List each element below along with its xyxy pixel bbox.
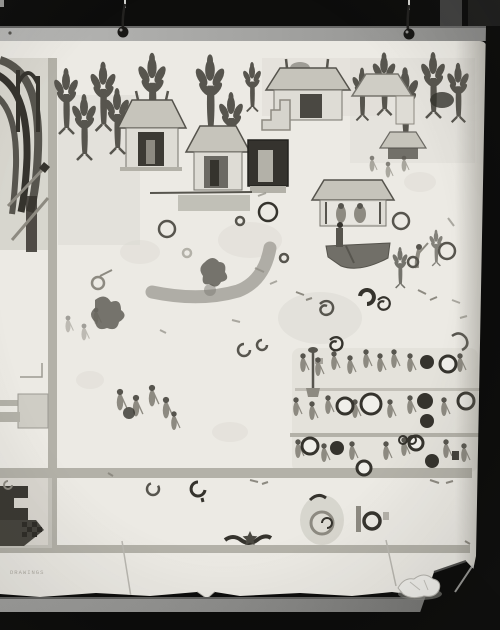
photo-vignette xyxy=(0,0,500,630)
photo-canvas: DRAWINGS xyxy=(0,0,500,630)
archival-photograph: DRAWINGS xyxy=(0,0,500,630)
